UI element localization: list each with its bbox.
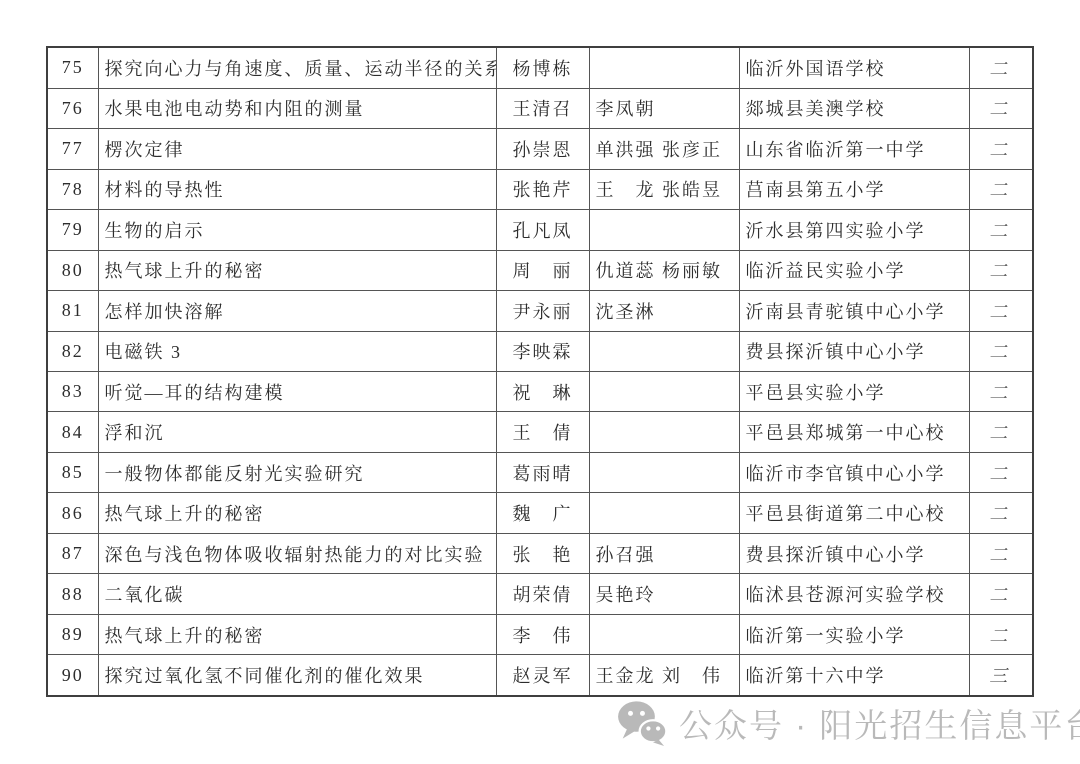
author-cell: 张 艳 bbox=[496, 533, 589, 573]
award-table: 75 探究向心力与角速度、质量、运动半径的关系 杨博栋 临沂外国语学校 二 76… bbox=[46, 46, 1034, 697]
title-cell: 浮和沉 bbox=[98, 412, 496, 452]
table-row: 90 探究过氧化氢不同催化剂的催化效果 赵灵军 王金龙 刘 伟 临沂第十六中学 … bbox=[47, 655, 1033, 696]
rank-cell: 二 bbox=[969, 331, 1033, 371]
row-number-cell: 77 bbox=[47, 129, 98, 169]
school-cell: 临沭县苍源河实验学校 bbox=[739, 574, 969, 614]
coauthor-cell: 王金龙 刘 伟 bbox=[589, 655, 739, 696]
table-row: 78 材料的导热性 张艳芹 王 龙 张皓昱 莒南县第五小学 二 bbox=[47, 169, 1033, 209]
school-cell: 莒南县第五小学 bbox=[739, 169, 969, 209]
title-cell: 热气球上升的秘密 bbox=[98, 614, 496, 654]
author-cell: 李 伟 bbox=[496, 614, 589, 654]
rank-cell: 二 bbox=[969, 574, 1033, 614]
table-row: 84 浮和沉 王 倩 平邑县郑城第一中心校 二 bbox=[47, 412, 1033, 452]
author-cell: 尹永丽 bbox=[496, 291, 589, 331]
title-cell: 一般物体都能反射光实验研究 bbox=[98, 452, 496, 492]
row-number-cell: 87 bbox=[47, 533, 98, 573]
coauthor-cell bbox=[589, 614, 739, 654]
row-number-cell: 82 bbox=[47, 331, 98, 371]
coauthor-cell: 李凤朝 bbox=[589, 88, 739, 128]
author-cell: 王 倩 bbox=[496, 412, 589, 452]
table-row: 80 热气球上升的秘密 周 丽 仇道蕊 杨丽敏 临沂益民实验小学 二 bbox=[47, 250, 1033, 290]
school-cell: 费县探沂镇中心小学 bbox=[739, 533, 969, 573]
title-cell: 探究向心力与角速度、质量、运动半径的关系 bbox=[98, 47, 496, 88]
table-row: 81 怎样加快溶解 尹永丽 沈圣淋 沂南县青驼镇中心小学 二 bbox=[47, 291, 1033, 331]
school-cell: 平邑县郑城第一中心校 bbox=[739, 412, 969, 452]
title-cell: 生物的启示 bbox=[98, 210, 496, 250]
row-number-cell: 83 bbox=[47, 371, 98, 411]
table-row: 88 二氧化碳 胡荣倩 吴艳玲 临沭县苍源河实验学校 二 bbox=[47, 574, 1033, 614]
rank-cell: 二 bbox=[969, 129, 1033, 169]
coauthor-cell: 王 龙 张皓昱 bbox=[589, 169, 739, 209]
author-cell: 赵灵军 bbox=[496, 655, 589, 696]
coauthor-cell bbox=[589, 371, 739, 411]
author-cell: 葛雨晴 bbox=[496, 452, 589, 492]
row-number-cell: 90 bbox=[47, 655, 98, 696]
title-cell: 电磁铁 3 bbox=[98, 331, 496, 371]
table-row: 89 热气球上升的秘密 李 伟 临沂第一实验小学 二 bbox=[47, 614, 1033, 654]
author-cell: 孙崇恩 bbox=[496, 129, 589, 169]
author-cell: 胡荣倩 bbox=[496, 574, 589, 614]
table-row: 76 水果电池电动势和内阻的测量 王清召 李凤朝 郯城县美澳学校 二 bbox=[47, 88, 1033, 128]
author-cell: 孔凡凤 bbox=[496, 210, 589, 250]
watermark: 公众号 · 阳光招生信息平台 bbox=[617, 698, 1080, 748]
coauthor-cell bbox=[589, 331, 739, 371]
rank-cell: 二 bbox=[969, 412, 1033, 452]
author-cell: 杨博栋 bbox=[496, 47, 589, 88]
title-cell: 二氧化碳 bbox=[98, 574, 496, 614]
rank-cell: 二 bbox=[969, 533, 1033, 573]
row-number-cell: 79 bbox=[47, 210, 98, 250]
title-cell: 听觉—耳的结构建模 bbox=[98, 371, 496, 411]
school-cell: 临沂市李官镇中心小学 bbox=[739, 452, 969, 492]
school-cell: 沂水县第四实验小学 bbox=[739, 210, 969, 250]
school-cell: 临沂第一实验小学 bbox=[739, 614, 969, 654]
rank-cell: 二 bbox=[969, 210, 1033, 250]
rank-cell: 三 bbox=[969, 655, 1033, 696]
title-cell: 水果电池电动势和内阻的测量 bbox=[98, 88, 496, 128]
coauthor-cell: 仇道蕊 杨丽敏 bbox=[589, 250, 739, 290]
rank-cell: 二 bbox=[969, 169, 1033, 209]
table-row: 82 电磁铁 3 李映霖 费县探沂镇中心小学 二 bbox=[47, 331, 1033, 371]
school-cell: 沂南县青驼镇中心小学 bbox=[739, 291, 969, 331]
row-number-cell: 78 bbox=[47, 169, 98, 209]
document-page: 75 探究向心力与角速度、质量、运动半径的关系 杨博栋 临沂外国语学校 二 76… bbox=[0, 0, 1080, 764]
row-number-cell: 89 bbox=[47, 614, 98, 654]
school-cell: 临沂益民实验小学 bbox=[739, 250, 969, 290]
coauthor-cell bbox=[589, 210, 739, 250]
school-cell: 郯城县美澳学校 bbox=[739, 88, 969, 128]
row-number-cell: 76 bbox=[47, 88, 98, 128]
coauthor-cell bbox=[589, 493, 739, 533]
row-number-cell: 81 bbox=[47, 291, 98, 331]
watermark-text: 公众号 · 阳光招生信息平台 bbox=[679, 700, 1080, 747]
author-cell: 周 丽 bbox=[496, 250, 589, 290]
coauthor-cell: 吴艳玲 bbox=[589, 574, 739, 614]
author-cell: 魏 广 bbox=[496, 493, 589, 533]
coauthor-cell: 单洪强 张彦正 bbox=[589, 129, 739, 169]
table-row: 75 探究向心力与角速度、质量、运动半径的关系 杨博栋 临沂外国语学校 二 bbox=[47, 47, 1033, 88]
author-cell: 祝 琳 bbox=[496, 371, 589, 411]
school-cell: 临沂外国语学校 bbox=[739, 47, 969, 88]
title-cell: 热气球上升的秘密 bbox=[98, 493, 496, 533]
rank-cell: 二 bbox=[969, 47, 1033, 88]
rank-cell: 二 bbox=[969, 614, 1033, 654]
title-cell: 怎样加快溶解 bbox=[98, 291, 496, 331]
table-row: 85 一般物体都能反射光实验研究 葛雨晴 临沂市李官镇中心小学 二 bbox=[47, 452, 1033, 492]
school-cell: 山东省临沂第一中学 bbox=[739, 129, 969, 169]
school-cell: 平邑县实验小学 bbox=[739, 371, 969, 411]
author-cell: 张艳芹 bbox=[496, 169, 589, 209]
coauthor-cell: 沈圣淋 bbox=[589, 291, 739, 331]
row-number-cell: 75 bbox=[47, 47, 98, 88]
coauthor-cell bbox=[589, 412, 739, 452]
author-cell: 李映霖 bbox=[496, 331, 589, 371]
rank-cell: 二 bbox=[969, 452, 1033, 492]
coauthor-cell: 孙召强 bbox=[589, 533, 739, 573]
table-row: 87 深色与浅色物体吸收辐射热能力的对比实验 张 艳 孙召强 费县探沂镇中心小学… bbox=[47, 533, 1033, 573]
table-row: 83 听觉—耳的结构建模 祝 琳 平邑县实验小学 二 bbox=[47, 371, 1033, 411]
wechat-icon bbox=[617, 700, 667, 746]
table-row: 77 楞次定律 孙崇恩 单洪强 张彦正 山东省临沂第一中学 二 bbox=[47, 129, 1033, 169]
school-cell: 费县探沂镇中心小学 bbox=[739, 331, 969, 371]
award-table-body: 75 探究向心力与角速度、质量、运动半径的关系 杨博栋 临沂外国语学校 二 76… bbox=[47, 47, 1033, 696]
title-cell: 深色与浅色物体吸收辐射热能力的对比实验 bbox=[98, 533, 496, 573]
title-cell: 材料的导热性 bbox=[98, 169, 496, 209]
title-cell: 探究过氧化氢不同催化剂的催化效果 bbox=[98, 655, 496, 696]
table-row: 86 热气球上升的秘密 魏 广 平邑县街道第二中心校 二 bbox=[47, 493, 1033, 533]
rank-cell: 二 bbox=[969, 88, 1033, 128]
row-number-cell: 84 bbox=[47, 412, 98, 452]
coauthor-cell bbox=[589, 47, 739, 88]
coauthor-cell bbox=[589, 452, 739, 492]
row-number-cell: 88 bbox=[47, 574, 98, 614]
rank-cell: 二 bbox=[969, 291, 1033, 331]
school-cell: 临沂第十六中学 bbox=[739, 655, 969, 696]
rank-cell: 二 bbox=[969, 493, 1033, 533]
author-cell: 王清召 bbox=[496, 88, 589, 128]
school-cell: 平邑县街道第二中心校 bbox=[739, 493, 969, 533]
rank-cell: 二 bbox=[969, 250, 1033, 290]
table-row: 79 生物的启示 孔凡凤 沂水县第四实验小学 二 bbox=[47, 210, 1033, 250]
title-cell: 楞次定律 bbox=[98, 129, 496, 169]
rank-cell: 二 bbox=[969, 371, 1033, 411]
title-cell: 热气球上升的秘密 bbox=[98, 250, 496, 290]
row-number-cell: 86 bbox=[47, 493, 98, 533]
row-number-cell: 80 bbox=[47, 250, 98, 290]
row-number-cell: 85 bbox=[47, 452, 98, 492]
